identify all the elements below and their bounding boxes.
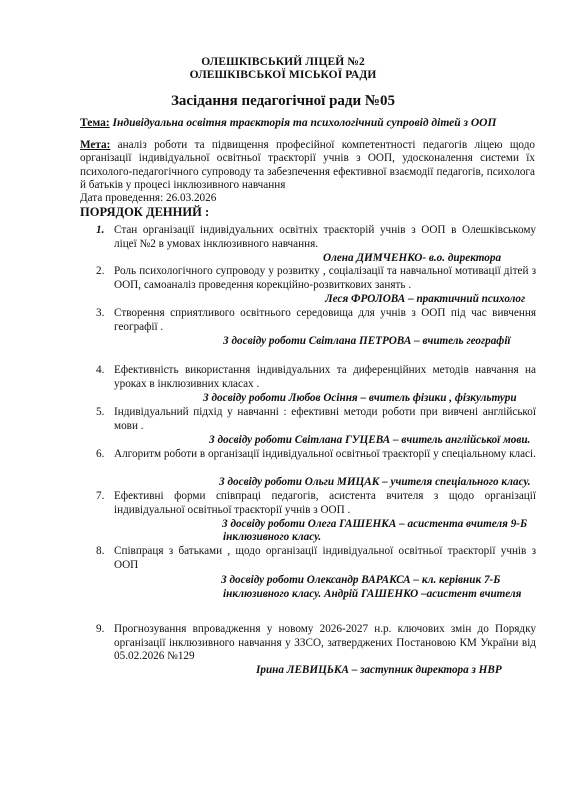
agenda-item-speaker: З досвіду роботи Олега ГАШЕНКА – асистен…: [222, 518, 527, 532]
topic-label: Тема:: [80, 117, 110, 129]
agenda-item-speaker: З досвіду роботи Світлана ПЕТРОВА – вчит…: [223, 335, 511, 349]
agenda-item-text: Ефективні форми співпраці педагогів, аси…: [114, 490, 536, 517]
agenda-item-text: Індивідуальний підхід у навчанні : ефект…: [114, 406, 536, 433]
agenda-title: ПОРЯДОК ДЕННИЙ :: [80, 205, 209, 220]
agenda-item-speaker: інклюзивного класу.: [223, 531, 321, 545]
agenda-item-speaker: Ірина ЛЕВИЦЬКА – заступник директора з Н…: [256, 664, 502, 678]
agenda-item-text: Роль психологічного супроводу у розвитку…: [114, 265, 536, 292]
agenda-item-number: 1.: [96, 224, 114, 238]
meeting-date: Дата проведення: 26.03.2026: [80, 192, 216, 204]
agenda-item-number: 8.: [96, 545, 114, 559]
agenda-item-speaker: інклюзивного класу. Андрій ГАШЕНКО –асис…: [223, 588, 521, 602]
agenda-item-text: Співпраця з батьками , щодо організації …: [114, 545, 536, 572]
agenda-item-number: 3.: [96, 307, 114, 321]
agenda-item-number: 9.: [96, 623, 114, 637]
agenda-item: 5. Індивідуальний підхід у навчанні : еф…: [96, 406, 536, 433]
agenda-item-speaker: Леся ФРОЛОВА – практичний психолог: [325, 293, 525, 307]
document-page: ОЛЕШКІВСЬКИЙ ЛІЦЕЙ №2 ОЛЕШКІВСЬКОЇ МІСЬК…: [0, 0, 566, 800]
agenda-item: 3. Створення сприятливого освітнього сер…: [96, 307, 536, 334]
agenda-item-number: 5.: [96, 406, 114, 420]
agenda-item-text: Прогнозування впровадження у новому 2026…: [114, 623, 536, 664]
goal-value: аналіз роботи та підвищення професійної …: [80, 139, 535, 191]
agenda-item-text: Стан організації індивідуальних освітніх…: [114, 224, 536, 251]
agenda-item-text: Створення сприятливого освітнього середо…: [114, 307, 536, 334]
goal-label: Мета:: [80, 139, 110, 151]
agenda-item-number: 2.: [96, 265, 114, 279]
agenda-item: 6. Алгоритм роботи в організації індивід…: [96, 448, 536, 462]
school-name-line2: ОЛЕШКІВСЬКОЇ МІСЬКОЇ РАДИ: [0, 69, 566, 82]
meeting-title: Засідання педагогічної ради №05: [0, 93, 566, 110]
agenda-item-speaker: Олена ДИМЧЕНКО- в.о. директора: [323, 252, 501, 266]
agenda-item: 2. Роль психологічного супроводу у розви…: [96, 265, 536, 292]
agenda-item-number: 4.: [96, 364, 114, 378]
agenda-item-number: 7.: [96, 490, 114, 504]
agenda-item-speaker: З досвіду роботи Ольги МИЦАК – учителя с…: [219, 476, 531, 490]
agenda-item-speaker: З досвіду роботи Любов Осіння – вчитель …: [203, 392, 517, 406]
agenda-item-speaker: З досвіду роботи Олександр ВАРАКСА – кл.…: [221, 574, 500, 588]
agenda-item: 7. Ефективні форми співпраці педагогів, …: [96, 490, 536, 517]
agenda-item: 8. Співпраця з батьками , щодо організац…: [96, 545, 536, 572]
topic-value: Індивідуальна освітня траєкторія та псих…: [110, 117, 497, 129]
goal-paragraph: Мета: аналіз роботи та підвищення профес…: [80, 139, 535, 193]
school-name-line1: ОЛЕШКІВСЬКИЙ ЛІЦЕЙ №2: [0, 56, 566, 69]
agenda-item-speaker: З досвіду роботи Світлана ГУЦЕВА – вчите…: [209, 434, 530, 448]
agenda-item: 9. Прогнозування впровадження у новому 2…: [96, 623, 536, 664]
agenda-item-text: Алгоритм роботи в організації індивідуал…: [114, 448, 536, 462]
agenda-item-number: 6.: [96, 448, 114, 462]
agenda-item: 1. Стан організації індивідуальних освіт…: [96, 224, 536, 251]
topic-line: Тема: Індивідуальна освітня траєкторія т…: [80, 117, 496, 129]
agenda-item-text: Ефективність використання індивідуальних…: [114, 364, 536, 391]
agenda-item: 4. Ефективність використання індивідуаль…: [96, 364, 536, 391]
